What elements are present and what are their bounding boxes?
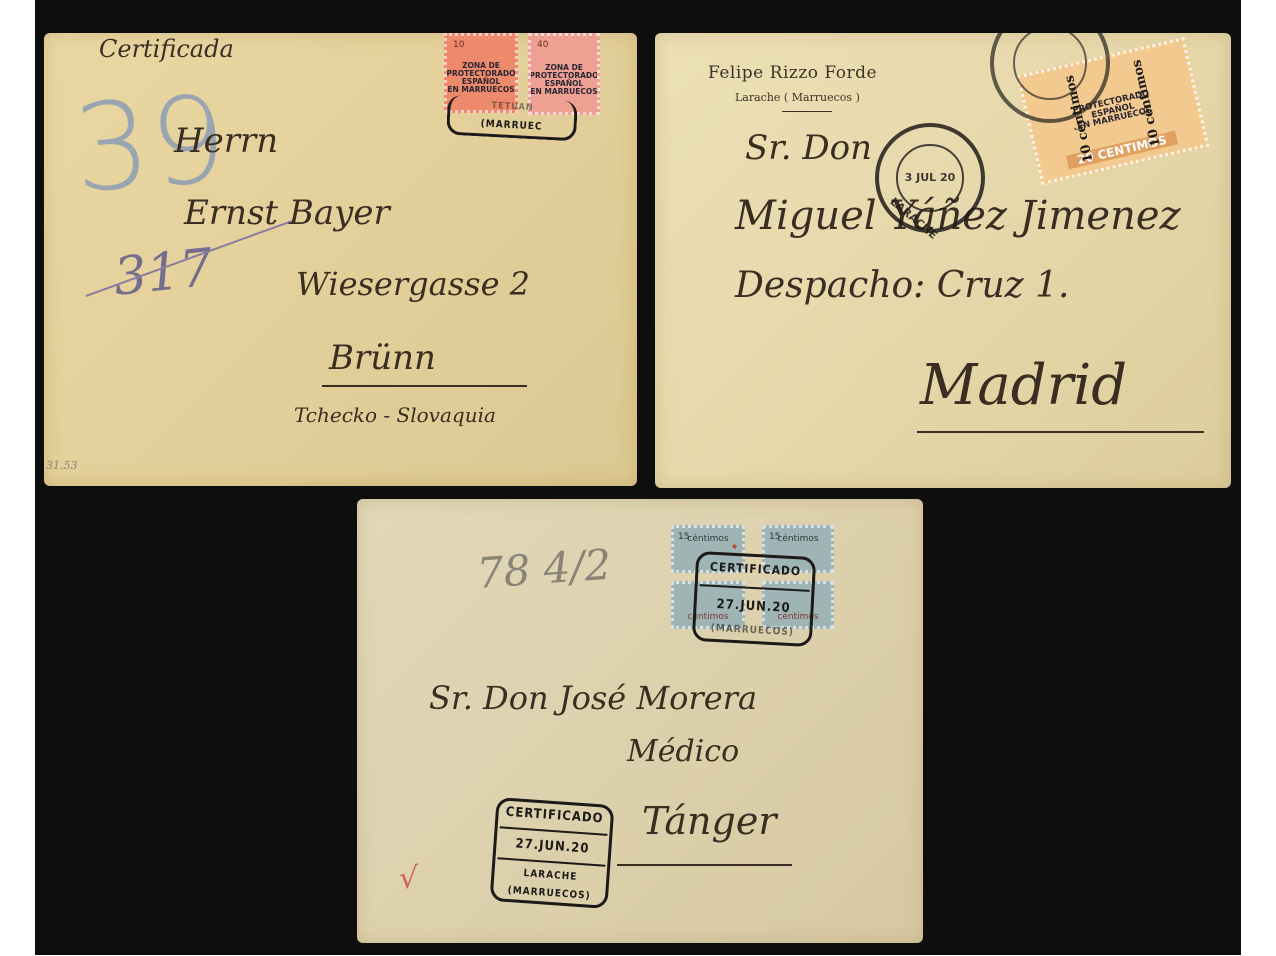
address-line-3: Tánger	[642, 799, 777, 843]
address-line-1: Herrn	[174, 121, 278, 161]
address-underline	[617, 864, 792, 866]
corner-note: 31.53	[46, 459, 78, 472]
address-line-2: Ernst Bayer	[184, 193, 390, 233]
address-line-3: Despacho: Cruz 1.	[735, 265, 1069, 306]
address-line-4: Madrid	[920, 353, 1127, 418]
certificado-cancel-on-stamps: CERTIFICADO 27.JUN.20 (MARRUECOS)	[692, 551, 817, 647]
address-underline	[917, 431, 1204, 433]
letterhead-rule	[782, 111, 832, 112]
address-line-3: Wiesergasse 2	[296, 265, 530, 303]
envelope-larache-madrid: Felipe Rizzo Forde Larache ( Marruecos )…	[655, 33, 1231, 488]
red-check-mark: √	[399, 861, 418, 896]
letterhead-place: Larache ( Marruecos )	[735, 91, 860, 104]
address-line-1: Sr. Don	[745, 128, 872, 168]
certificado-cancel-registration: CERTIFICADO 27.JUN.20 LARACHE (MARRUECOS…	[490, 797, 615, 909]
pencil-note: 78 4/2	[475, 540, 612, 598]
circular-cancel-larache: 3 JUL 20 LARACHE	[875, 123, 985, 233]
address-underline	[322, 385, 527, 387]
tetuan-cancel: TETUAN (MARRUEC	[446, 95, 578, 142]
address-line-4: Brünn	[329, 338, 436, 378]
address-line-2: Médico	[627, 734, 739, 769]
envelope-tetuan-brunn: Certificada 39 317 31.53 Herrn Ernst Bay…	[44, 33, 637, 486]
letterhead-name: Felipe Rizzo Forde	[708, 63, 877, 83]
address-line-5: Tchecko - Slovaquia	[294, 403, 496, 427]
envelope-larache-tanger: 78 4/2 15 céntimos ★ 15 céntimos céntimo…	[357, 499, 923, 943]
address-line-1: Sr. Don José Morera	[429, 679, 757, 717]
annotation-certificada: Certificada	[99, 35, 234, 63]
pencil-number-317: 317	[111, 238, 216, 308]
